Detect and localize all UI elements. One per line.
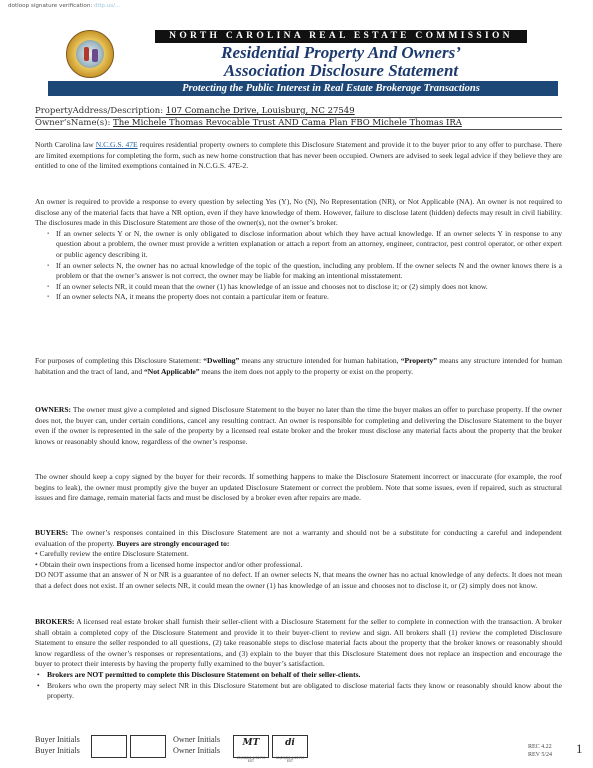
brokers-paragraph: BROKERS: A licensed real estate broker s… bbox=[35, 617, 562, 670]
brokers-bullet-bold: Brokers are NOT permitted to complete th… bbox=[35, 670, 562, 681]
owner-initials-labels: Owner Initials Owner Initials bbox=[173, 735, 220, 756]
verification-link[interactable]: dtlp.us/... bbox=[94, 3, 120, 9]
brokers-heading: BROKERS: bbox=[35, 617, 74, 626]
owner-signature-1-date: 01/18/26 4:36 PM EST bbox=[234, 757, 268, 764]
buyers-paragraph: BUYERS: The owner’s responses contained … bbox=[35, 528, 562, 549]
owners-paragraph: OWNERS: The owner must give a completed … bbox=[35, 405, 562, 447]
tagline-banner: Protecting the Public Interest in Real E… bbox=[48, 81, 558, 96]
buyers-bullet: • Obtain their own inspections from a li… bbox=[35, 560, 562, 571]
form-revision: REC 4.22 REV 5/24 bbox=[528, 743, 552, 759]
tagline: Protecting the Public Interest in Real E… bbox=[48, 81, 554, 96]
buyer-initials-box-2[interactable] bbox=[130, 735, 166, 758]
buyers-warning: DO NOT assume that an answer of N or NR … bbox=[35, 570, 562, 591]
owners-records-paragraph: The owner should keep a copy signed by t… bbox=[35, 472, 562, 504]
intro-section: North Carolina law N.C.G.S. 47E requires… bbox=[35, 140, 562, 172]
buyers-bullet: • Carefully review the entire Disclosure… bbox=[35, 549, 562, 560]
property-address-value[interactable]: 107 Comanche Drive, Louisburg, NC 27549 bbox=[166, 106, 355, 116]
commission-banner: NORTH CAROLINA REAL ESTATE COMMISSION bbox=[155, 30, 527, 43]
owner-signature-2: di bbox=[273, 738, 307, 748]
response-bullet: If an owner selects Y or N, the owner is… bbox=[35, 229, 562, 261]
property-address-label: PropertyAddress/Description: bbox=[35, 106, 163, 116]
buyers-section: BUYERS: The owner’s responses contained … bbox=[35, 528, 562, 592]
owner-name-value[interactable]: The Michele Thomas Revocable Trust AND C… bbox=[113, 118, 462, 128]
owner-name-field[interactable]: Owner’sName(s): The Michele Thomas Revoc… bbox=[35, 118, 562, 130]
seal-inner bbox=[76, 40, 104, 68]
seal-figure-plenty bbox=[92, 49, 98, 62]
intro-paragraph-2: An owner is required to provide a respon… bbox=[35, 197, 562, 229]
page-number: 1 bbox=[576, 741, 583, 757]
owners-heading: OWNERS: bbox=[35, 405, 71, 414]
dotloop-verification: dotloop signature verification: dtlp.us/… bbox=[8, 3, 120, 9]
brokers-bullet: Brokers who own the property may select … bbox=[35, 681, 562, 702]
document-title-line1: Residential Property And Owners’ bbox=[155, 43, 527, 63]
owner-initials-box-2[interactable]: di 01/29/26 4:53 PM EST bbox=[272, 735, 308, 758]
document-title-line2: Association Disclosure Statement bbox=[155, 61, 527, 81]
ncgs-47e-link[interactable]: N.C.G.S. 47E bbox=[96, 140, 138, 149]
definitions-paragraph: For purposes of completing this Disclosu… bbox=[35, 356, 562, 377]
intro-paragraph-1: North Carolina law N.C.G.S. 47E requires… bbox=[35, 140, 562, 172]
response-bullet: If an owner selects NR, it could mean th… bbox=[35, 282, 562, 293]
seal-figure-liberty bbox=[84, 47, 89, 61]
owners-section: OWNERS: The owner must give a completed … bbox=[35, 405, 562, 447]
owner-signature-1: MT bbox=[234, 738, 268, 748]
buyer-initials-box-1[interactable] bbox=[91, 735, 127, 758]
response-section: An owner is required to provide a respon… bbox=[35, 197, 562, 303]
owner-signature-2-date: 01/29/26 4:53 PM EST bbox=[273, 757, 307, 764]
response-bullet: If an owner selects N, the owner has no … bbox=[35, 261, 562, 282]
owners-records-section: The owner should keep a copy signed by t… bbox=[35, 472, 562, 504]
owner-name-label: Owner’sName(s): bbox=[35, 118, 110, 128]
owner-initials-box-1[interactable]: MT 01/18/26 4:36 PM EST bbox=[233, 735, 269, 758]
state-seal-icon bbox=[66, 30, 114, 78]
brokers-section: BROKERS: A licensed real estate broker s… bbox=[35, 617, 562, 702]
verification-label: dotloop signature verification: bbox=[8, 3, 92, 9]
response-bullet: If an owner selects NA, it means the pro… bbox=[35, 292, 562, 303]
buyers-heading: BUYERS: bbox=[35, 528, 68, 537]
definitions-section: For purposes of completing this Disclosu… bbox=[35, 356, 562, 377]
buyer-initials-labels: Buyer Initials Buyer Initials bbox=[35, 735, 80, 756]
property-address-field[interactable]: PropertyAddress/Description: 107 Comanch… bbox=[35, 106, 562, 118]
